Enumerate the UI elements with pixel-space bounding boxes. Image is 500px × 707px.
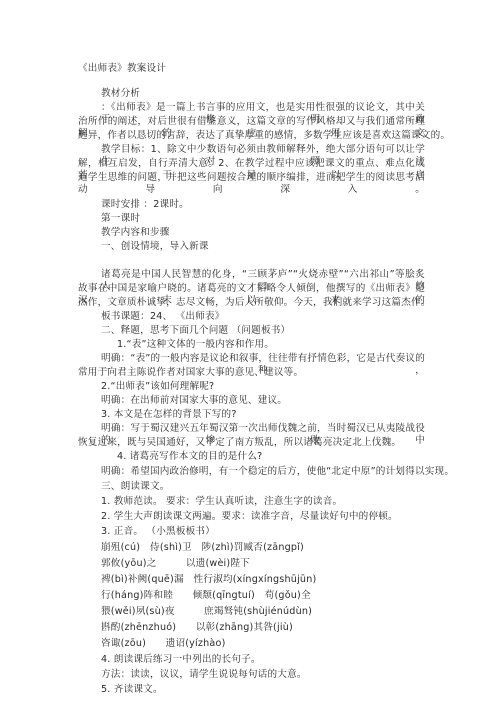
pinyin-row: 行(háng)阵和睦 倾颓(qīngtuí) 苟(gǒu)全	[101, 590, 311, 602]
content-steps-heading: 教学内容和步骤	[101, 227, 170, 239]
question-line: 4. 诸葛亮写作本文的目的是什么?	[117, 451, 262, 463]
list-item: 1. 教师范读。 要求：学生认真听读，注意生字的读音。	[101, 496, 342, 508]
pinyin-row: 咨诹(zōu) 遗诏(yízhào)	[101, 638, 226, 650]
method-line: 方法：读读，议议，请学生说说每句话的大意。	[101, 669, 307, 681]
paragraph-line: 迥异，作者以恳切的言辞，表达了真挚厚重的感情，多数学生应该是喜欢这篇课文的。	[78, 130, 450, 142]
answer-line: 常用于向君主陈说作者对国家大事的意见、建议等。	[78, 367, 303, 379]
answer-line: 明确：在出师前对国家大事的意见、建议。	[101, 395, 287, 407]
pinyin-row: 崩殂(cú) 侍(shì)卫 陟(zhì)罚臧否(zāngpǐ)	[101, 542, 304, 554]
list-item: 2. 学生大声朗读课文两遍。要求：读准字音，尽量读好句中的停顿。	[101, 511, 398, 523]
answer-line: 明确：希望国内政治修明，有一个稳定的后方，使他“北定中原”的计划得以实现。	[101, 466, 454, 478]
board-title-line: 板书课题：24、 《出师表》	[101, 311, 225, 323]
lesson-heading: 第一课时	[101, 213, 140, 225]
answer-line: 恢复过来，既与吴国通好，又平定了南方叛乱，所以诸葛亮决定北上伐魏。	[78, 437, 401, 449]
question-line: 1.“表”这种文体的一般内容和作用。	[117, 339, 274, 351]
pinyin-row: 郭攸(yōu)之 以遗(wèi)陛下	[101, 558, 250, 570]
pinyin-row: 猥(wěi)夙(sù)夜 庶竭驽钝(shùjiénúdùn)	[101, 606, 312, 618]
list-item: 5. 齐读课文。	[101, 684, 163, 696]
list-item: 3. 正音。 （小黑板板书）	[101, 526, 215, 538]
question-line: 3. 本文是在怎样的背景下写的?	[101, 409, 237, 421]
schedule-line: 课时安排 ：2课时。	[101, 199, 189, 211]
list-item: 4. 朗读课后练习一中列出的长句子。	[101, 654, 261, 666]
step-heading: 三、朗读课文。	[101, 481, 170, 493]
step-heading: 一、创设情境，导入新课	[101, 241, 209, 253]
paragraph-line: 杰作，文章质朴诚挚，志尽文畅，为后人所敬仰。今天，我们就来学习这篇杰作。	[78, 297, 431, 309]
section-heading-material: 教材分析	[101, 88, 140, 100]
pinyin-row: 裨(bì)补阙(quē)漏 性行淑均(xíngxíngshūjūn)	[101, 574, 316, 586]
paragraph-line: 迪学生思维的问题，并把这些问题按合理的顺序编排，进而把学生的阅读思考活动导向深入…	[78, 172, 425, 196]
document-title: 《出师表》教案设计	[78, 63, 166, 75]
pinyin-row: 斟酌(zhēnzhuó) 以彰(zhāng)其咎(jiù)	[101, 622, 293, 634]
step-heading: 二、释题，思考下面几个问题 （问题板书）	[101, 325, 290, 337]
question-line: 2.“出师表”该如何理解呢?	[101, 381, 214, 393]
